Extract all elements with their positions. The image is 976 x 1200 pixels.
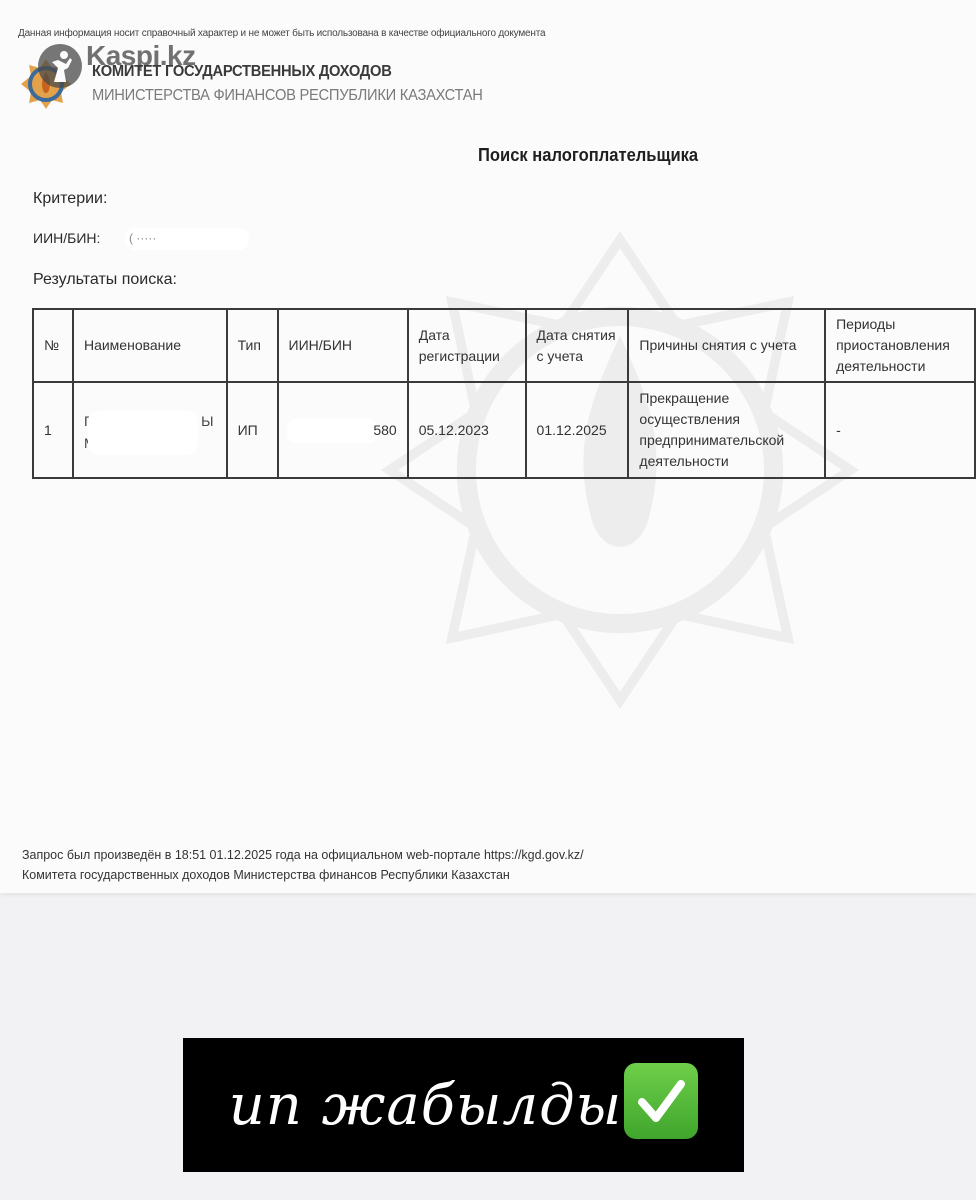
footer-line-2: Комитета государственных доходов Министе… [22,865,584,885]
organization-name: КОМИТЕТ ГОСУДАРСТВЕННЫХ ДОХОДОВ [92,63,392,81]
column-header-type: Тип [227,309,278,382]
column-header-deregistration-date: Дата снятия с учета [526,309,629,382]
results-table: № Наименование Тип ИИН/БИН Дата регистра… [32,308,976,479]
column-header-reason: Причины снятия с учета [628,309,825,382]
column-header-iin: ИИН/БИН [278,309,408,382]
cell-suspension-periods: - [825,382,975,478]
redaction-mask [287,419,379,443]
cell-name-redacted: Г Ы М [73,382,227,478]
cell-deregistration-date: 01.12.2025 [526,382,629,478]
column-header-registration-date: Дата регистрации [408,309,526,382]
cell-number: 1 [33,382,73,478]
name-fragment: Ы [201,411,213,432]
organization-ministry: МИНИСТЕРСТВА ФИНАНСОВ РЕСПУБЛИКИ КАЗАХСТ… [92,87,483,105]
column-header-name: Наименование [73,309,227,382]
cell-iin-redacted: 580 [278,382,408,478]
check-mark-button-icon [624,1063,698,1139]
cell-type: ИП [227,382,278,478]
table-row: 1 Г Ы М ИП 580 05.12.2023 01.12.2025 Пре… [33,382,975,478]
column-header-number: № [33,309,73,382]
redaction-mask [88,411,198,455]
disclaimer-text: Данная информация носит справочный харак… [18,28,545,39]
results-label: Результаты поиска: [33,271,177,289]
page-title: Поиск налогоплательщика [478,145,698,166]
column-header-suspension-periods: Периоды приостановления деятельности [825,309,975,382]
cell-registration-date: 05.12.2023 [408,382,526,478]
document-page: Данная информация носит справочный харак… [0,0,976,893]
iin-value-redacted: ( ····· [125,228,249,250]
cell-reason: Прекращение осуществления предпринимател… [628,382,825,478]
check-mark-icon [634,1074,688,1128]
table-header-row: № Наименование Тип ИИН/БИН Дата регистра… [33,309,975,382]
footer-line-1: Запрос был произведён в 18:51 01.12.2025… [22,845,584,865]
request-footer: Запрос был произведён в 18:51 01.12.2025… [22,845,584,885]
criteria-label: Критерии: [33,190,107,208]
kaspi-logo-icon [36,42,84,90]
caption-text: ип жабылды [229,1073,623,1138]
iin-label: ИИН/БИН: [33,230,100,246]
caption-banner: ип жабылды [183,1038,744,1172]
iin-fragment: 580 [373,420,396,441]
